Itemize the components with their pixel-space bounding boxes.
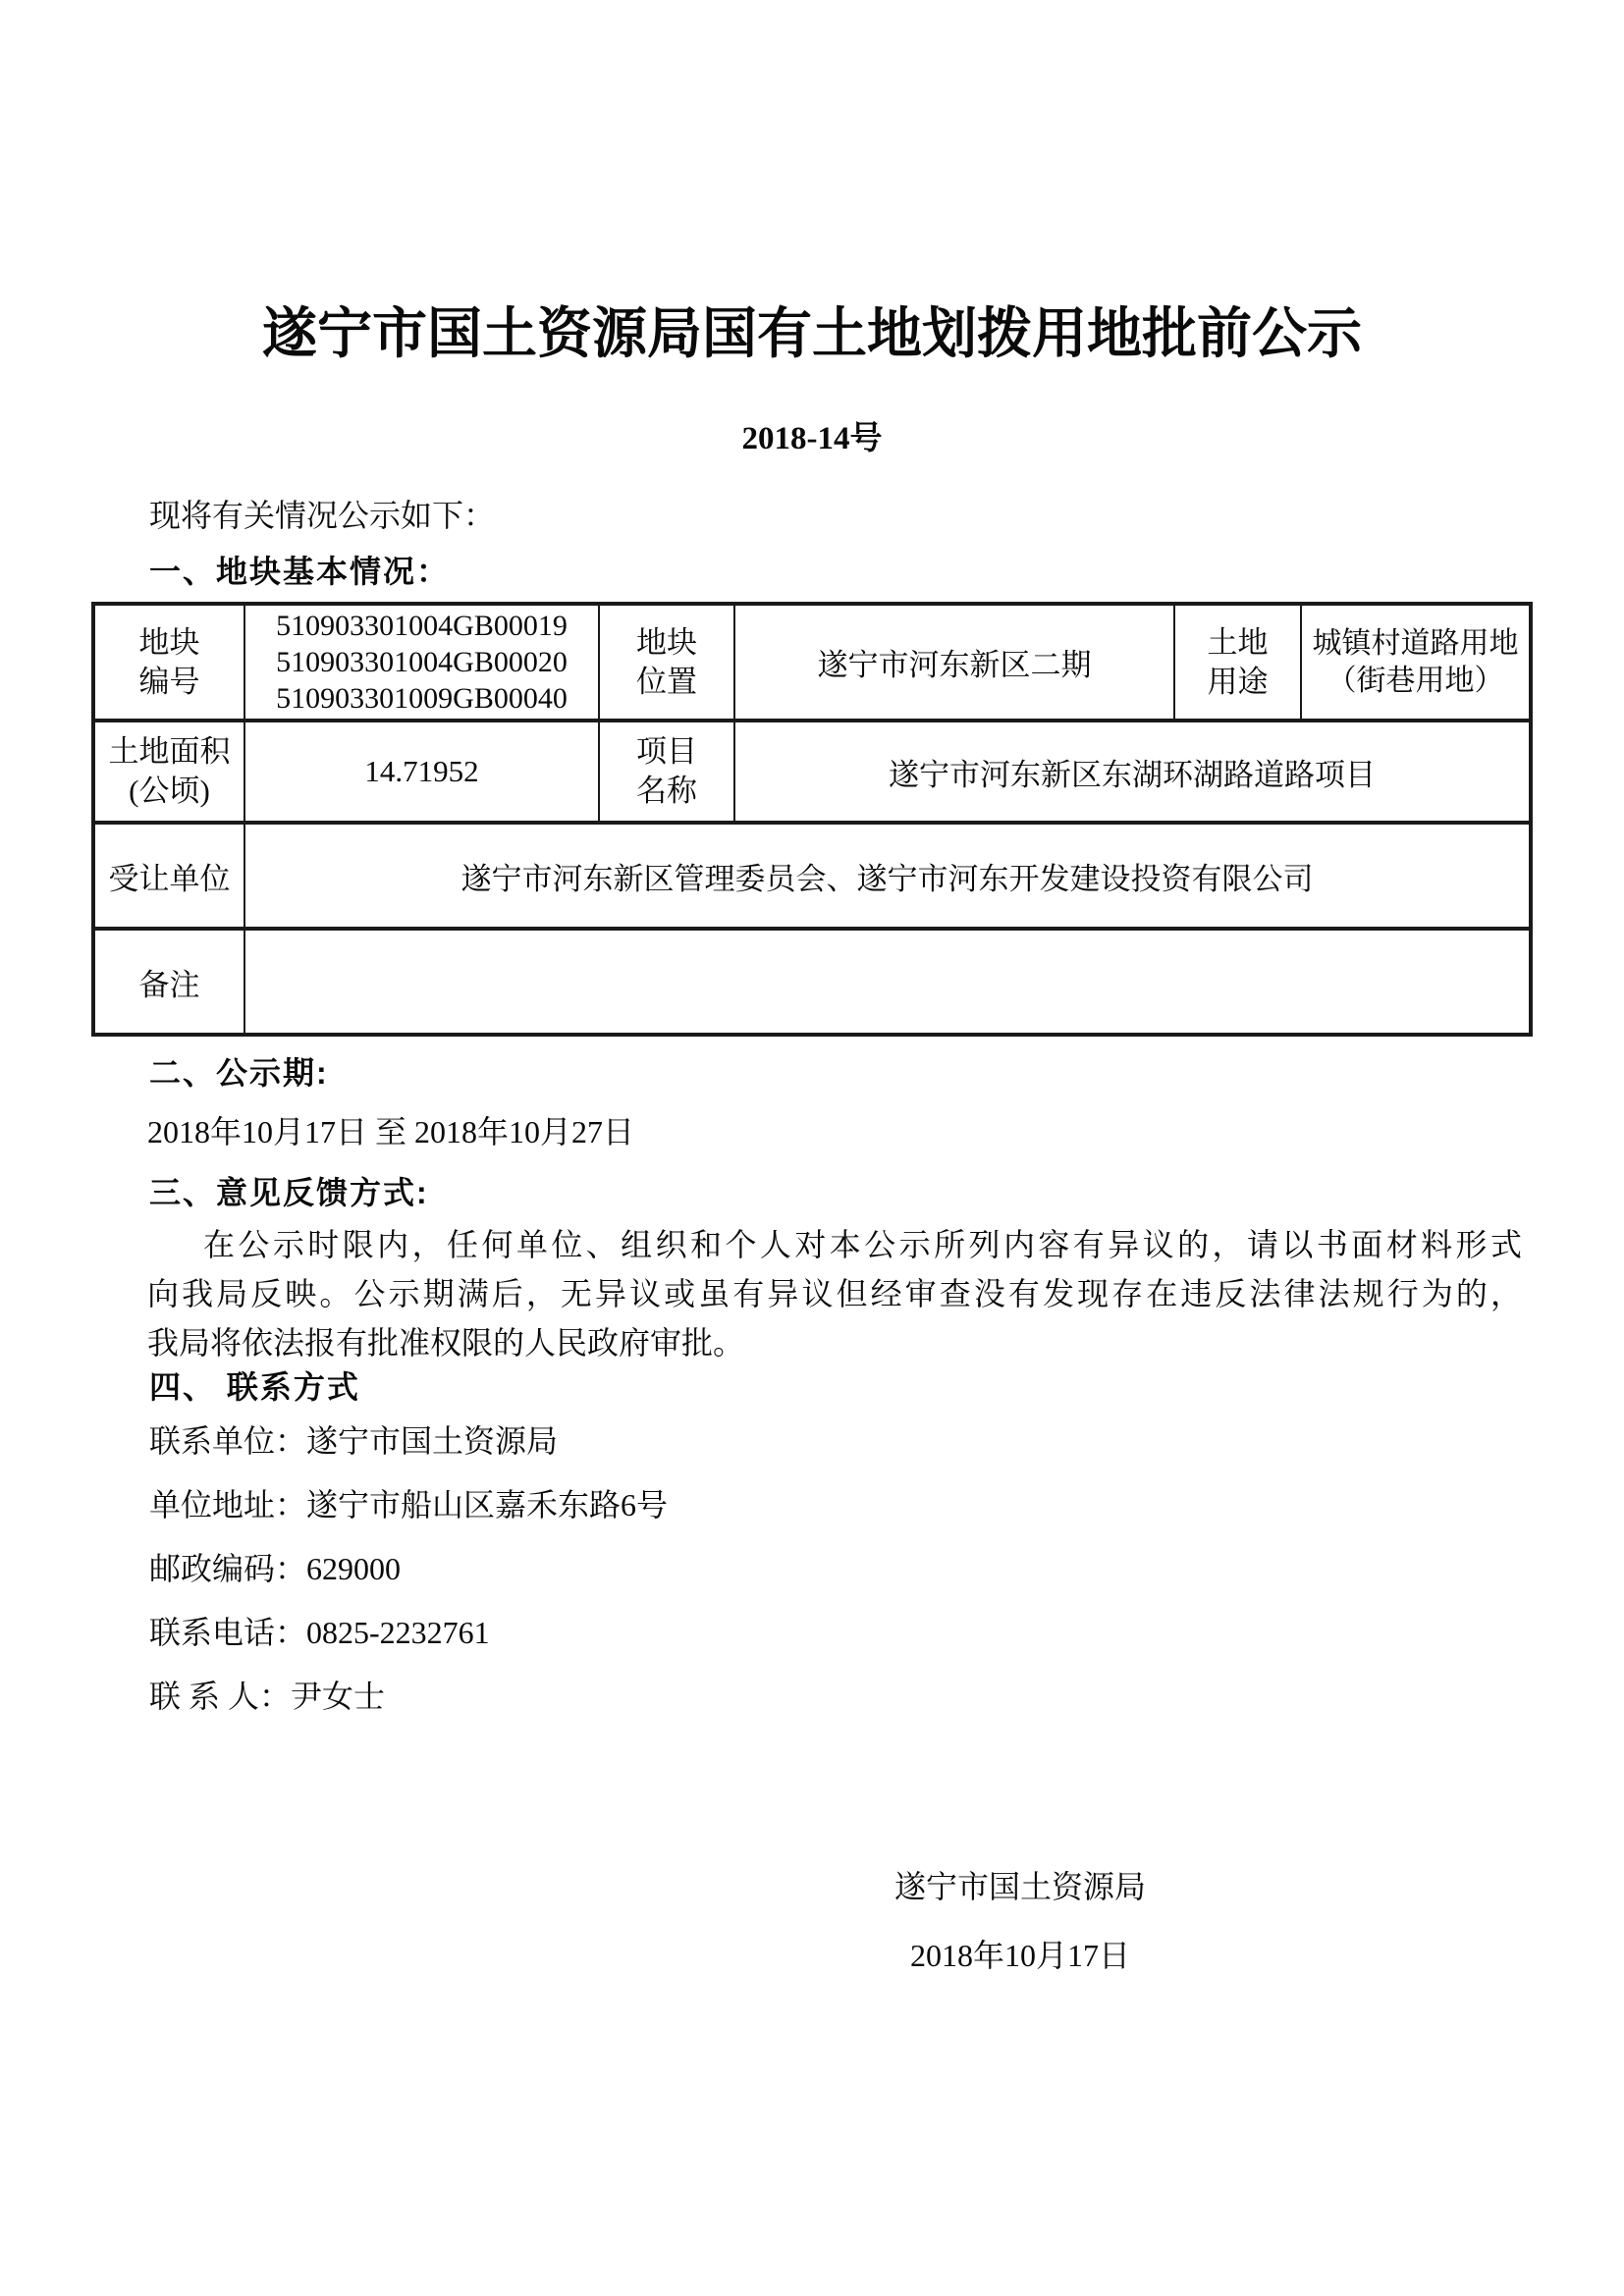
intro-text: 现将有关情况公示如下： — [149, 491, 495, 536]
area-value: 14.71952 — [244, 721, 599, 823]
contact-postcode-label: 邮政编码： — [149, 1551, 306, 1586]
land-use-value: 城镇村道路用地 （街巷用地） — [1301, 604, 1531, 721]
parcel-code-1: 510903301004GB00019 — [249, 608, 594, 644]
land-use-label: 土地 用途 — [1174, 604, 1301, 721]
parcel-no-label: 地块 编号 — [93, 604, 244, 721]
feedback-paragraph-line1: 在公示时限内，任何单位、组织和个人对本公示所列内容有异议的，请以书面材料形式 — [147, 1220, 1522, 1269]
contact-phone-line: 联系电话：0825-2232761 — [149, 1613, 668, 1677]
parcel-no-label-line2: 编号 — [99, 663, 240, 702]
signature-block: 遂宁市国土资源局 2018年10月17日 — [726, 1867, 1315, 1975]
feedback-paragraph-line2: 向我局反映。公示期满后，无异议或虽有异议但经审查没有发现存在违反法律法规行为的， — [147, 1269, 1522, 1318]
contact-phone-label: 联系电话： — [149, 1615, 306, 1650]
transferee-label: 受让单位 — [93, 823, 244, 929]
section1-heading: 一、地块基本情况： — [149, 547, 450, 592]
table-row: 备注 — [93, 929, 1531, 1035]
parcel-code-2: 510903301004GB00020 — [249, 644, 594, 680]
document-number: 2018-14号 — [0, 412, 1624, 458]
table-row: 地块 编号 510903301004GB00019 510903301004GB… — [93, 604, 1531, 721]
project-label-line2: 名称 — [604, 772, 730, 811]
area-label-line2: (公顷) — [99, 772, 240, 811]
signature-date: 2018年10月17日 — [726, 1936, 1315, 1975]
contact-address-value: 遂宁市船山区嘉禾东路6号 — [306, 1487, 668, 1522]
feedback-paragraph-line3: 我局将依法报有批准权限的人民政府审批。 — [147, 1318, 1522, 1367]
contact-unit-line: 联系单位：遂宁市国土资源局 — [149, 1421, 668, 1485]
land-use-value-line1: 城镇村道路用地 — [1306, 625, 1525, 663]
contact-unit-value: 遂宁市国土资源局 — [306, 1423, 558, 1459]
contact-postcode-value: 629000 — [306, 1551, 401, 1586]
transferee-value: 遂宁市河东新区管理委员会、遂宁市河东开发建设投资有限公司 — [244, 823, 1531, 929]
feedback-paragraph: 在公示时限内，任何单位、组织和个人对本公示所列内容有异议的，请以书面材料形式 向… — [147, 1220, 1522, 1367]
contact-address-label: 单位地址： — [149, 1487, 306, 1522]
land-use-label-line2: 用途 — [1179, 663, 1296, 702]
land-use-value-line2: （街巷用地） — [1306, 663, 1525, 700]
contact-postcode-line: 邮政编码：629000 — [149, 1549, 668, 1613]
location-value: 遂宁市河东新区二期 — [734, 604, 1174, 721]
remark-label: 备注 — [93, 929, 244, 1035]
land-use-label-line1: 土地 — [1179, 623, 1296, 663]
section3-heading: 三、意见反馈方式: — [149, 1168, 429, 1213]
contact-unit-label: 联系单位： — [149, 1423, 306, 1459]
location-label: 地块 位置 — [599, 604, 734, 721]
parcel-no-value: 510903301004GB00019 510903301004GB00020 … — [244, 604, 599, 721]
parcel-info-table: 地块 编号 510903301004GB00019 510903301004GB… — [91, 602, 1533, 1037]
document-title: 遂宁市国土资源局国有土地划拨用地批前公示 — [0, 291, 1624, 369]
contact-phone-value: 0825-2232761 — [306, 1615, 490, 1650]
table-row: 受让单位 遂宁市河东新区管理委员会、遂宁市河东开发建设投资有限公司 — [93, 823, 1531, 929]
project-label-line1: 项目 — [604, 732, 730, 772]
area-label: 土地面积 (公顷) — [93, 721, 244, 823]
parcel-no-label-line1: 地块 — [99, 623, 240, 663]
table-row: 土地面积 (公顷) 14.71952 项目 名称 遂宁市河东新区东湖环湖路道路项… — [93, 721, 1531, 823]
section2-heading: 二、公示期: — [149, 1048, 329, 1094]
parcel-code-3: 510903301009GB00040 — [249, 680, 594, 717]
project-label: 项目 名称 — [599, 721, 734, 823]
contact-person-value: 尹女士 — [291, 1679, 385, 1714]
area-label-line1: 土地面积 — [99, 732, 240, 772]
contact-person-line: 联 系 人：尹女士 — [149, 1677, 668, 1740]
publicity-period: 2018年10月17日 至 2018年10月27日 — [147, 1107, 634, 1152]
contact-person-label: 联 系 人： — [149, 1679, 291, 1714]
contact-address-line: 单位地址：遂宁市船山区嘉禾东路6号 — [149, 1485, 668, 1549]
contact-block: 联系单位：遂宁市国土资源局 单位地址：遂宁市船山区嘉禾东路6号 邮政编码：629… — [149, 1421, 668, 1740]
signature-org: 遂宁市国土资源局 — [726, 1867, 1315, 1936]
notice-document-page: 遂宁市国土资源局国有土地划拨用地批前公示 2018-14号 现将有关情况公示如下… — [0, 0, 1624, 2296]
section4-heading: 四、 联系方式 — [149, 1362, 360, 1408]
remark-value — [244, 929, 1531, 1035]
location-label-line1: 地块 — [604, 623, 730, 663]
location-label-line2: 位置 — [604, 663, 730, 702]
project-value: 遂宁市河东新区东湖环湖路道路项目 — [734, 721, 1531, 823]
